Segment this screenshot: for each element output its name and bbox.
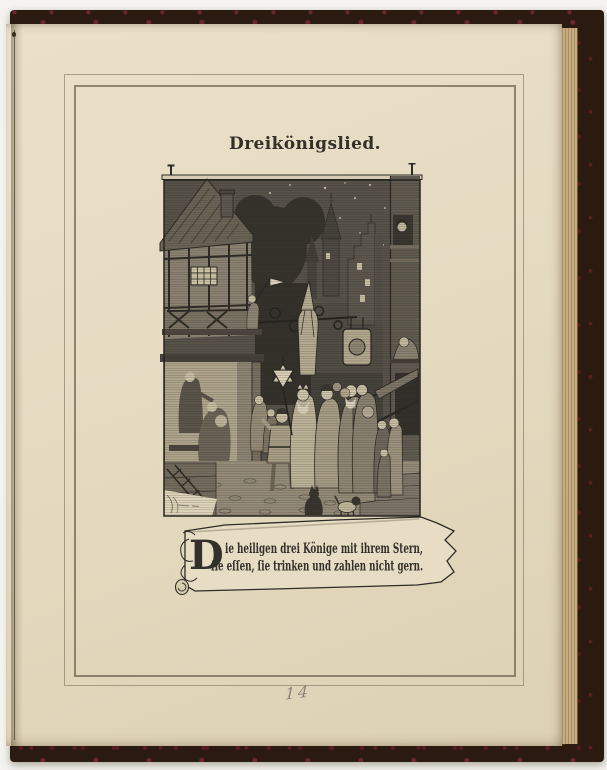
book-page: Dreikönigslied. [6, 24, 562, 746]
sewing-hole [12, 32, 16, 37]
banner-line-1: ie heiligen drei Könige mit ihrem Stern, [225, 541, 423, 557]
page-gutter-shadow [11, 24, 23, 746]
hanging-rod [162, 163, 422, 180]
gutter-crack-line [14, 30, 15, 740]
banner-line-2: ſie eſſen, ſie trinken und zahlen nicht … [211, 559, 423, 575]
page-title: Dreikönigslied. [76, 134, 534, 154]
book-fore-edge [561, 28, 578, 744]
engraving-illustration: D ie heiligen drei Könige mit ihrem Ster… [155, 163, 465, 603]
book-page-photo: Dreikönigslied. [0, 0, 607, 770]
night-street-scene [160, 176, 420, 516]
scroll-banner: D ie heiligen drei Könige mit ihrem Ster… [176, 517, 457, 595]
scroll-roll [176, 580, 189, 595]
engraving-hatching [164, 180, 420, 516]
left-nail-icon [168, 165, 175, 175]
right-nail-icon [409, 163, 416, 175]
